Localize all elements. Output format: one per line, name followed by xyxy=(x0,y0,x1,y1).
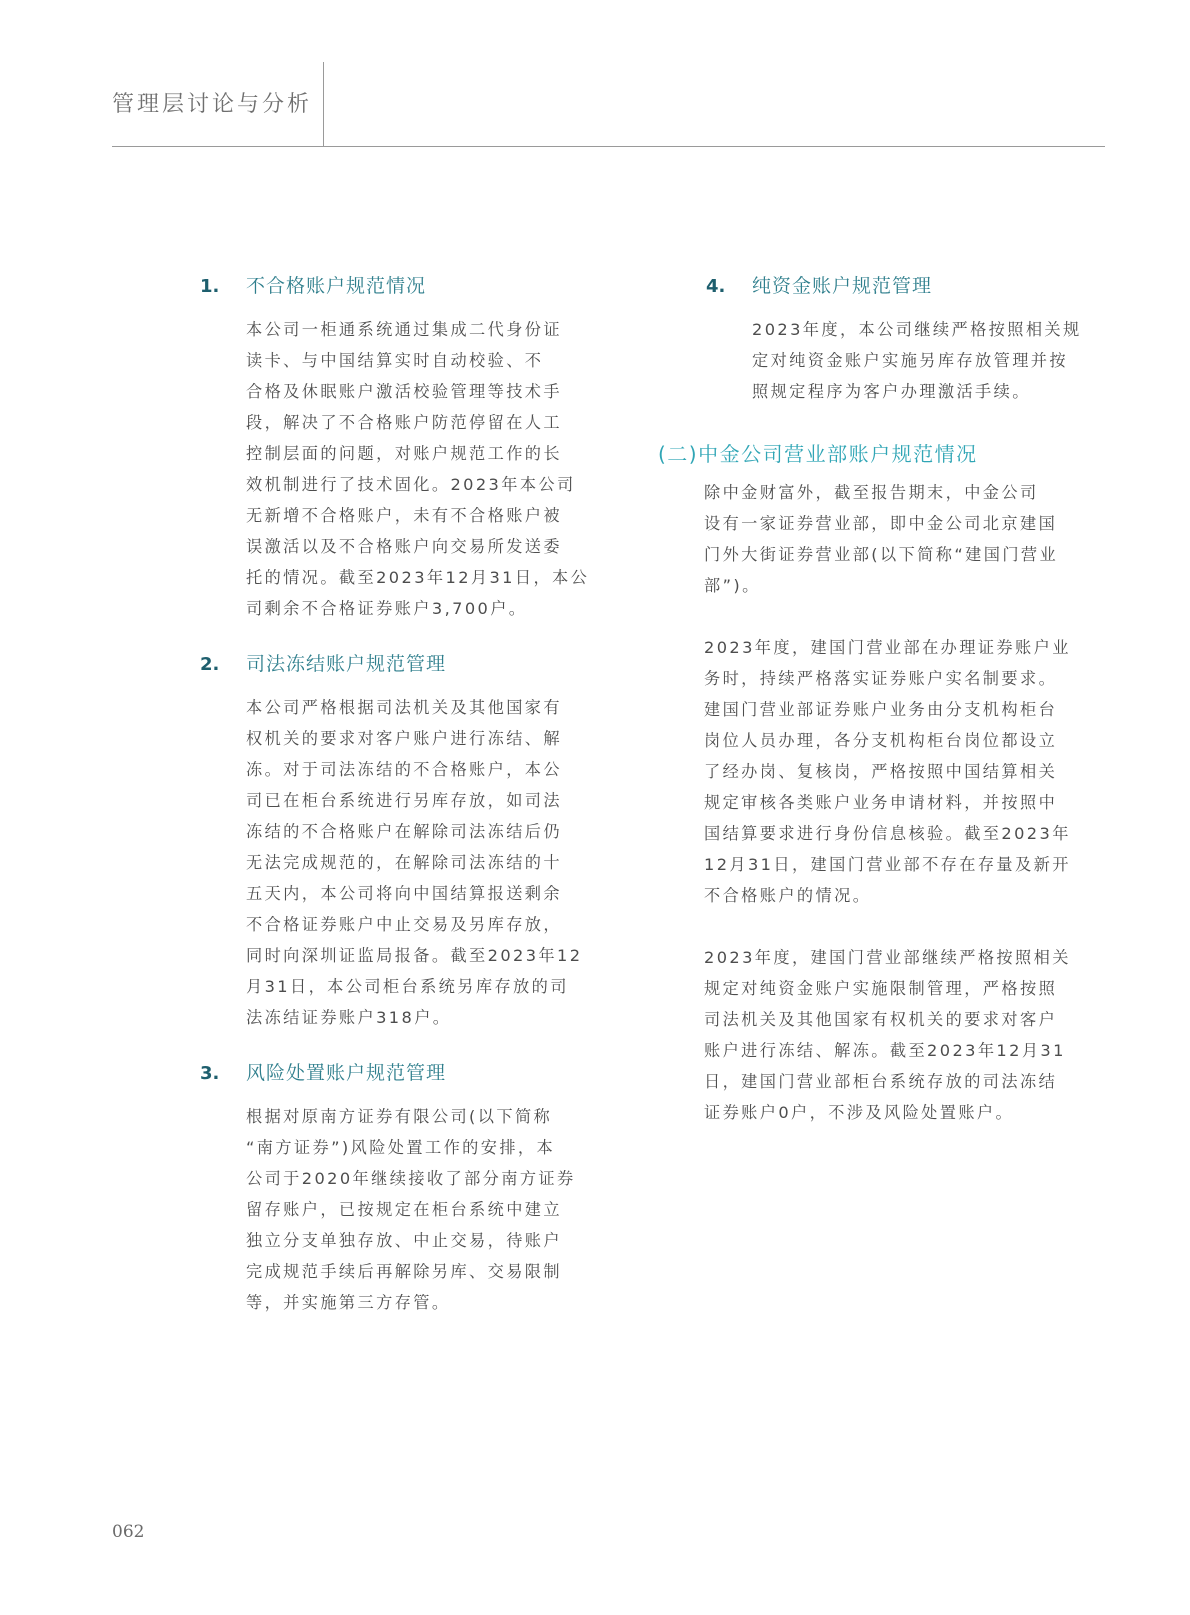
subsection-block: (二)中金公司营业部账户规范情况 除中金财富外，截至报告期末，中金公司 设有一家… xyxy=(660,437,1100,1128)
item-number: 3. xyxy=(200,1058,246,1090)
item-heading: 4. 纯资金账户规范管理 xyxy=(706,270,1100,302)
text-line: 独立分支单独存放、中止交易，待账户 xyxy=(246,1225,590,1256)
item-paragraph: 2023年度，本公司继续严格按照相关规 定对纯资金账户实施另库存放管理并按 照规… xyxy=(660,314,1100,407)
text-line: 托的情况。截至2023年12月31日，本公 xyxy=(246,562,590,593)
text-line: 务时，持续严格落实证券账户实名制要求。 xyxy=(704,663,1100,694)
text-line: 2023年度，建国门营业部继续严格按照相关 xyxy=(704,942,1100,973)
item-title: 纯资金账户规范管理 xyxy=(752,270,932,302)
subsection-paragraph-3: 2023年度，建国门营业部继续严格按照相关 规定对纯资金账户实施限制管理，严格按… xyxy=(660,942,1100,1128)
text-line: 完成规范手续后再解除另库、交易限制 xyxy=(246,1256,590,1287)
text-line: 段，解决了不合格账户防范停留在人工 xyxy=(246,407,590,438)
text-line: “南方证券”)风险处置工作的安排，本 xyxy=(246,1132,590,1163)
item-paragraph: 根据对原南方证券有限公司(以下简称 “南方证券”)风险处置工作的安排，本 公司于… xyxy=(200,1101,590,1318)
item-heading: 2. 司法冻结账户规范管理 xyxy=(200,648,590,680)
text-line: 根据对原南方证券有限公司(以下简称 xyxy=(246,1101,590,1132)
text-line: 司剩余不合格证券账户3,700户。 xyxy=(246,593,590,624)
item-heading: 1. 不合格账户规范情况 xyxy=(200,270,590,302)
text-line: 司已在柜台系统进行另库存放，如司法 xyxy=(246,785,590,816)
text-line: 效机制进行了技术固化。2023年本公司 xyxy=(246,469,590,500)
text-line: 规定审核各类账户业务申请材料，并按照中 xyxy=(704,787,1100,818)
text-line: 五天内，本公司将向中国结算报送剩余 xyxy=(246,878,590,909)
text-line: 权机关的要求对客户账户进行冻结、解 xyxy=(246,723,590,754)
item-title: 不合格账户规范情况 xyxy=(246,270,426,302)
text-line: 司法机关及其他国家有权机关的要求对客户 xyxy=(704,1004,1100,1035)
page-number: 062 xyxy=(112,1522,144,1542)
text-line: 不合格证券账户中止交易及另库存放， xyxy=(246,909,590,940)
item-block-1: 1. 不合格账户规范情况 本公司一柜通系统通过集成二代身份证 读卡、与中国结算实… xyxy=(200,270,590,624)
text-line: 本公司严格根据司法机关及其他国家有 xyxy=(246,692,590,723)
text-line: 等，并实施第三方存管。 xyxy=(246,1287,590,1318)
item-paragraph: 本公司严格根据司法机关及其他国家有 权机关的要求对客户账户进行冻结、解 冻。对于… xyxy=(200,692,590,1033)
right-column: 4. 纯资金账户规范管理 2023年度，本公司继续严格按照相关规 定对纯资金账户… xyxy=(660,270,1100,1128)
text-line: 2023年度，本公司继续严格按照相关规 xyxy=(752,314,1100,345)
item-number: 4. xyxy=(706,271,752,303)
text-line: 账户进行冻结、解冻。截至2023年12月31 xyxy=(704,1035,1100,1066)
item-number: 2. xyxy=(200,649,246,681)
item-heading: 3. 风险处置账户规范管理 xyxy=(200,1057,590,1089)
header-divider-horizontal xyxy=(112,146,1105,147)
item-number: 1. xyxy=(200,271,246,303)
text-line: 读卡、与中国结算实时自动校验、不 xyxy=(246,345,590,376)
text-line: 留存账户，已按规定在柜台系统中建立 xyxy=(246,1194,590,1225)
subsection-paragraph-2: 2023年度，建国门营业部在办理证券账户业 务时，持续严格落实证券账户实名制要求… xyxy=(660,632,1100,911)
subsection-paragraph-1: 除中金财富外，截至报告期末，中金公司 设有一家证券营业部，即中金公司北京建国 门… xyxy=(660,477,1100,601)
text-line: 同时向深圳证监局报备。截至2023年12 xyxy=(246,940,590,971)
text-line: 了经办岗、复核岗，严格按照中国结算相关 xyxy=(704,756,1100,787)
text-line: 门外大街证券营业部(以下简称“建国门营业 xyxy=(704,539,1100,570)
left-column: 1. 不合格账户规范情况 本公司一柜通系统通过集成二代身份证 读卡、与中国结算实… xyxy=(200,270,590,1318)
text-line: 本公司一柜通系统通过集成二代身份证 xyxy=(246,314,590,345)
item-paragraph: 本公司一柜通系统通过集成二代身份证 读卡、与中国结算实时自动校验、不 合格及休眠… xyxy=(200,314,590,624)
text-line: 无新增不合格账户，未有不合格账户被 xyxy=(246,500,590,531)
text-line: 照规定程序为客户办理激活手续。 xyxy=(752,376,1100,407)
subsection-title: (二)中金公司营业部账户规范情况 xyxy=(658,437,1100,471)
text-line: 定对纯资金账户实施另库存放管理并按 xyxy=(752,345,1100,376)
text-line: 部”)。 xyxy=(704,570,1100,601)
text-line: 公司于2020年继续接收了部分南方证券 xyxy=(246,1163,590,1194)
item-title: 司法冻结账户规范管理 xyxy=(246,648,446,680)
text-line: 国结算要求进行身份信息核验。截至2023年 xyxy=(704,818,1100,849)
section-title: 管理层讨论与分析 xyxy=(112,90,312,120)
item-block-4: 4. 纯资金账户规范管理 2023年度，本公司继续严格按照相关规 定对纯资金账户… xyxy=(660,270,1100,407)
text-line: 2023年度，建国门营业部在办理证券账户业 xyxy=(704,632,1100,663)
text-line: 除中金财富外，截至报告期末，中金公司 xyxy=(704,477,1100,508)
text-line: 不合格账户的情况。 xyxy=(704,880,1100,911)
item-block-2: 2. 司法冻结账户规范管理 本公司严格根据司法机关及其他国家有 权机关的要求对客… xyxy=(200,648,590,1033)
text-line: 法冻结证券账户318户。 xyxy=(246,1002,590,1033)
item-title: 风险处置账户规范管理 xyxy=(246,1057,446,1089)
text-line: 12月31日，建国门营业部不存在存量及新开 xyxy=(704,849,1100,880)
text-line: 合格及休眠账户激活校验管理等技术手 xyxy=(246,376,590,407)
text-line: 设有一家证券营业部，即中金公司北京建国 xyxy=(704,508,1100,539)
text-line: 日，建国门营业部柜台系统存放的司法冻结 xyxy=(704,1066,1100,1097)
text-line: 规定对纯资金账户实施限制管理，严格按照 xyxy=(704,973,1100,1004)
text-line: 冻。对于司法冻结的不合格账户，本公 xyxy=(246,754,590,785)
text-line: 证券账户0户，不涉及风险处置账户。 xyxy=(704,1097,1100,1128)
header-divider-vertical xyxy=(323,62,324,146)
item-block-3: 3. 风险处置账户规范管理 根据对原南方证券有限公司(以下简称 “南方证券”)风… xyxy=(200,1057,590,1318)
text-line: 控制层面的问题，对账户规范工作的长 xyxy=(246,438,590,469)
text-line: 建国门营业部证券账户业务由分支机构柜台 xyxy=(704,694,1100,725)
text-line: 误激活以及不合格账户向交易所发送委 xyxy=(246,531,590,562)
text-line: 月31日，本公司柜台系统另库存放的司 xyxy=(246,971,590,1002)
text-line: 冻结的不合格账户在解除司法冻结后仍 xyxy=(246,816,590,847)
text-line: 岗位人员办理，各分支机构柜台岗位都设立 xyxy=(704,725,1100,756)
text-line: 无法完成规范的，在解除司法冻结的十 xyxy=(246,847,590,878)
